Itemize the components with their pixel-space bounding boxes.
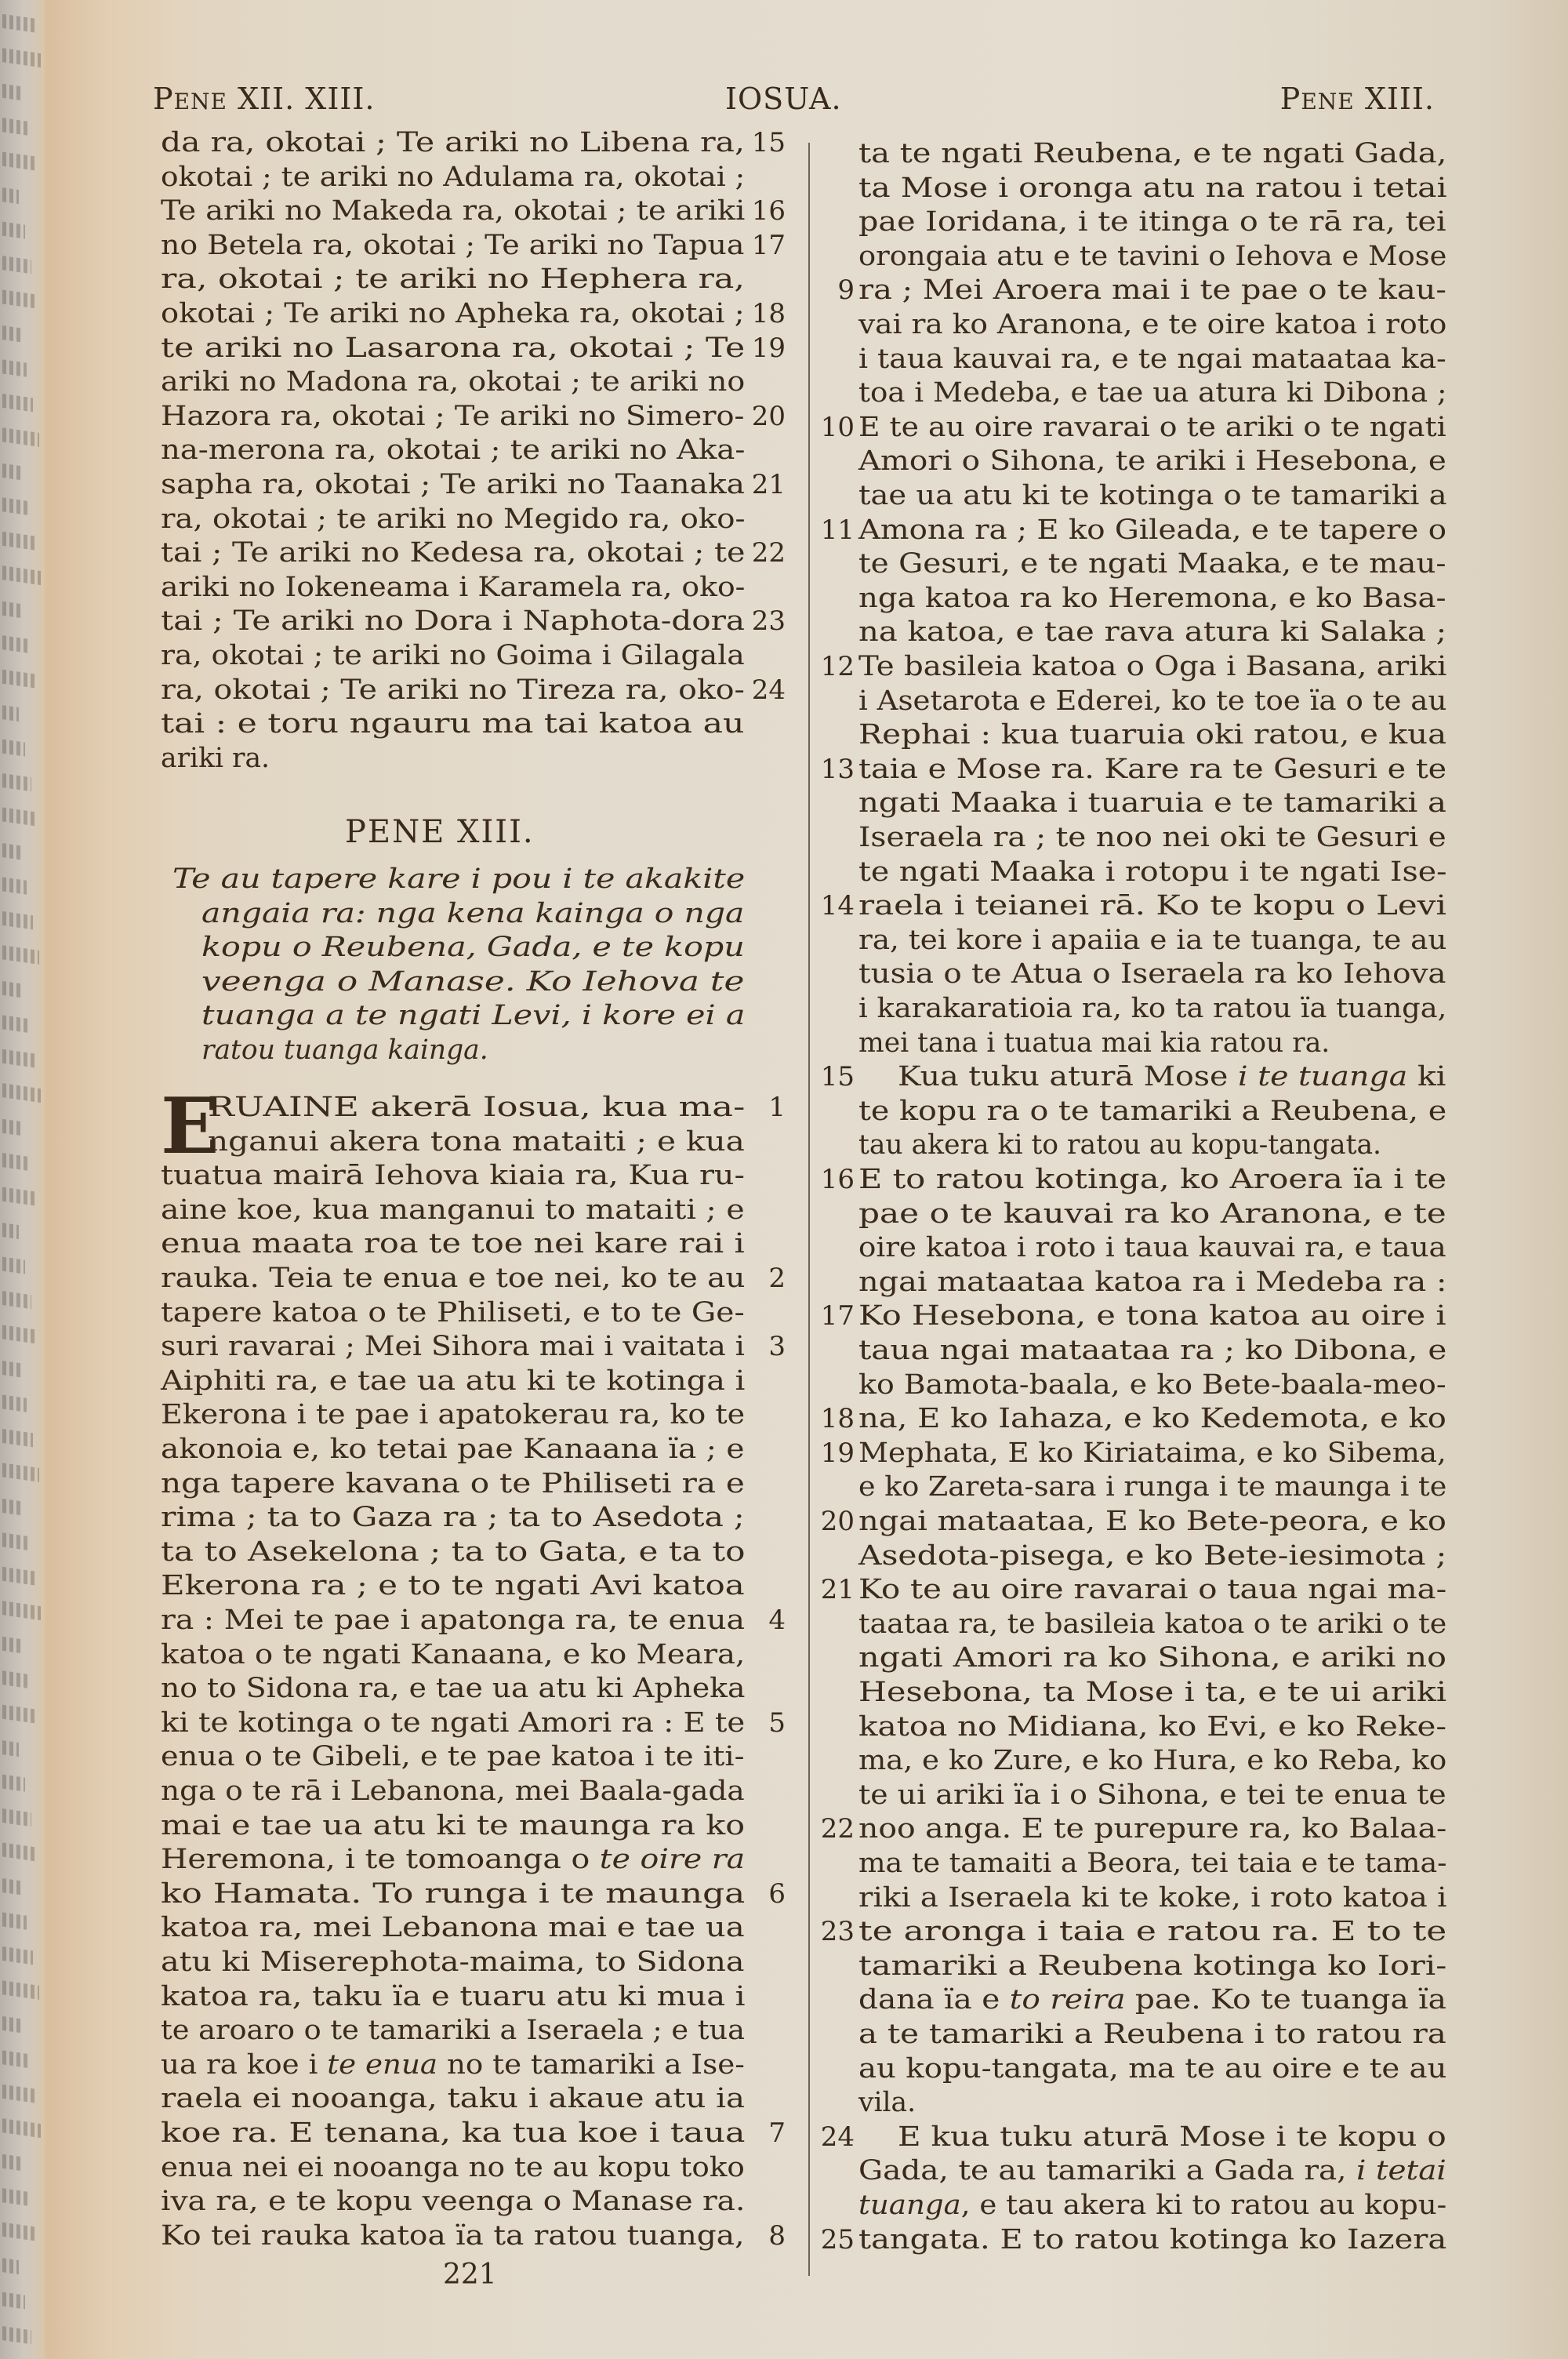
- facing-page-text-fragment: [0, 1703, 36, 1723]
- text-line: pae Ioridana, i te itinga o te rā ra, te…: [858, 206, 1446, 238]
- summary-line: veenga o Manase. Ko Iehova te: [201, 965, 744, 1000]
- text-line: na-merona ra, okotai ; te ariki no Aka-: [161, 434, 745, 466]
- summary-line: kopu o Reubena, Gada, e te kopu: [201, 931, 745, 965]
- running-head-left-initial: P: [153, 82, 174, 116]
- facing-page-text-fragment: [0, 1152, 30, 1171]
- facing-page-text-fragment: [0, 1946, 33, 1965]
- verse-number: 14: [821, 890, 855, 921]
- text-line: Te basileia katoa o Oga i Basana, ariki: [858, 651, 1446, 682]
- text-line: rauka. Teia te enua e toe nei, ko te au: [161, 1263, 745, 1294]
- text-line: nga o te rā i Lebanona, mei Baala-gada: [161, 1776, 745, 1807]
- text-line: noo anga. E te purepure ra, ko Balaa-: [858, 1813, 1446, 1845]
- text-line: Ekerona i te pae i apatokerau ra, ko te: [161, 1399, 745, 1430]
- facing-page-text-fragment: [0, 1186, 36, 1205]
- verse-number: 2: [768, 1263, 786, 1294]
- text-line: Rephai : kua tuaruia oki ratou, e kua: [858, 719, 1446, 751]
- text-line: ki te kotinga o te ngati Amori ra : E te: [161, 1707, 745, 1739]
- facing-page-text-fragment: [0, 1014, 28, 1033]
- text-line: ngati Maaka i tuaruia e te tamariki a: [858, 787, 1446, 819]
- text-line: Gada, te au tamariki a Gada ra, i tetai: [858, 2155, 1446, 2186]
- text-line: riki a Iseraela ki te koke, i roto katoa…: [858, 1882, 1446, 1914]
- facing-page-text-fragment: [0, 944, 39, 965]
- facing-page-text-fragment: [0, 187, 19, 204]
- facing-page-text-fragment: [0, 772, 31, 791]
- facing-page-text-fragment: [0, 2016, 22, 2034]
- facing-page-text-fragment: [0, 2117, 41, 2138]
- facing-page-text-fragment: [0, 463, 22, 481]
- facing-page-text-fragment: [0, 704, 19, 722]
- facing-page-text-fragment: [0, 1841, 38, 1862]
- verse-number: 18: [752, 298, 786, 329]
- text-line: okotai ; te ariki no Adulama ra, okotai …: [161, 162, 745, 193]
- text-line: te ui ariki ïa i o Sihona, e tei te enua…: [858, 1779, 1446, 1811]
- facing-page-text-fragment: [0, 530, 34, 550]
- text-line: tau akera ki to ratou au kopu-tangata.: [858, 1129, 1381, 1161]
- text-line: Kua tuku aturā Mose i te tuanga ki: [898, 1061, 1446, 1092]
- text-line: au kopu-tangata, ma te au oire e te au: [858, 2053, 1446, 2085]
- text-line: E kua tuku aturā Mose i te kopu o: [898, 2121, 1446, 2153]
- facing-page-text-fragment: [0, 2221, 36, 2241]
- verse-number: 24: [821, 2121, 855, 2153]
- text-line: tai ; Te ariki no Kedesa ra, okotai ; te: [161, 537, 746, 569]
- text-line: akonoia e, ko tetai pae Kanaana ïa ; e: [161, 1434, 745, 1465]
- text-line: ariki ra.: [161, 743, 270, 774]
- text-line: Asedota-pisega, e ko Bete-iesimota ;: [858, 1540, 1446, 1572]
- facing-page-text-fragment: [0, 565, 41, 585]
- facing-page-text-fragment: [0, 668, 36, 688]
- text-line: okotai ; Te ariki no Apheka ra, okotai ;: [161, 298, 745, 329]
- summary-line: angaia ra: nga kena kainga o nga: [201, 897, 744, 932]
- facing-page-text-fragment: [0, 2291, 25, 2309]
- text-line: ta te ngati Reubena, e te ngati Gada,: [858, 138, 1446, 169]
- text-line: da ra, okotai ; Te ariki no Libena ra,: [161, 127, 745, 158]
- chapter-heading: PENE XIII.: [345, 814, 535, 850]
- verse-number: 22: [821, 1813, 855, 1845]
- running-head-right-smallcaps: ENE: [1301, 89, 1354, 114]
- verse-number: 17: [821, 1300, 855, 1332]
- facing-page-text-fragment: [0, 1428, 33, 1448]
- text-line: tusia o te Atua o Iseraela ra ko Iehova: [858, 958, 1446, 990]
- text-line: katoa ra, mei Lebanona mai e tae ua: [161, 1912, 745, 1943]
- facing-page-text-fragment: [0, 2153, 24, 2171]
- facing-page-text-fragment: [0, 634, 30, 653]
- text-line: Amona ra ; E ko Gileada, e te tapere o: [858, 514, 1446, 546]
- text-line: ngati Amori ra ko Sihona, e ariki no: [858, 1642, 1446, 1674]
- facing-page-text-fragment: [0, 911, 33, 930]
- running-head-book-title: IOSUA.: [725, 82, 842, 116]
- text-line: nga katoa ra ko Heremona, e ko Basa-: [858, 583, 1446, 614]
- text-line: nganui akera tona mataiti ; e kua: [208, 1126, 745, 1158]
- text-line: ua ra koe i te enua no te tamariki a Ise…: [161, 2049, 745, 2081]
- facing-page-text-fragment: [0, 220, 25, 238]
- text-line: Ko te au oire ravarai o taua ngai ma-: [858, 1574, 1446, 1605]
- text-line: ma, e ko Zure, e ko Hura, e ko Reba, ko: [858, 1745, 1446, 1776]
- text-line: te aroaro o te tamariki a Iseraela ; e t…: [161, 2015, 745, 2046]
- facing-page-text-fragment: [0, 1877, 20, 1895]
- facing-page-text-fragment: [0, 1462, 39, 1482]
- text-line: a te tamariki a Reubena i to ratou ra: [858, 2019, 1446, 2050]
- text-line: ko Bamota-baala, e ko Bete-baala-meo-: [858, 1369, 1446, 1401]
- text-line: tapere katoa o te Philiseti, e to te Ge-: [161, 1297, 745, 1329]
- verse-number: 25: [821, 2224, 855, 2255]
- text-line: Ekerona ra ; e to te ngati Avi katoa: [161, 1570, 745, 1601]
- text-line: e ko Zareta-sara i runga i te maunga i t…: [858, 1471, 1446, 1503]
- facing-page-text-fragment: [0, 980, 22, 998]
- facing-page-text-fragment: [0, 358, 27, 377]
- verse-number: 16: [821, 1164, 855, 1195]
- facing-page-text-fragment: [0, 117, 30, 136]
- text-line: na, E ko Iahaza, e ko Kedemota, e ko: [858, 1403, 1446, 1434]
- text-line: ra ; Mei Aroera mai i te pae o te kau-: [858, 274, 1446, 306]
- text-line: ngai mataataa katoa ra i Medeba ra :: [858, 1267, 1446, 1298]
- text-line: sapha ra, okotai ; Te ariki no Taanaka: [161, 469, 745, 500]
- verse-number: 8: [768, 2220, 786, 2252]
- facing-page-text-fragment: [0, 1256, 25, 1274]
- text-line: aine koe, kua manganui to mataiti ; e: [161, 1194, 745, 1226]
- facing-page-text-fragment: [0, 1979, 39, 2000]
- text-line: enua maata roa te toe nei kare rai i: [161, 1228, 745, 1259]
- text-line: Ko Hesebona, e tona katoa au oire i: [858, 1300, 1446, 1332]
- facing-page-text-fragment: [0, 1498, 22, 1516]
- facing-page-text-fragment: [0, 738, 25, 756]
- text-line: ra, okotai ; te ariki no Megido ra, oko-: [161, 503, 746, 535]
- text-line: atu ki Miserephota-maima, to Sidona: [161, 1946, 744, 1978]
- text-line: taia e Mose ra. Kare ra te Gesuri e te: [858, 754, 1446, 785]
- text-line: katoa ra, taku ïa e tuaru atu ki mua i: [161, 1981, 746, 2012]
- text-line: ra, tei kore i apaiia e ia te tuanga, te…: [858, 925, 1446, 956]
- text-line: tamariki a Reubena kotinga ko Iori-: [858, 1950, 1446, 1982]
- text-line: ra : Mei te pae i apatonga ra, te enua: [161, 1605, 745, 1636]
- verse-number: 22: [752, 537, 786, 569]
- facing-page-text-fragment: [0, 82, 24, 100]
- text-line: dana ïa e to reira pae. Ko te tuanga ïa: [858, 1984, 1446, 2016]
- facing-page-text-fragment: [0, 2325, 31, 2344]
- text-line: ariki no Iokeneama i Karamela ra, oko-: [161, 572, 745, 603]
- text-line: Aiphiti ra, e tae ua atu ki te kotinga i: [161, 1365, 745, 1397]
- facing-page-text-fragment: [0, 325, 20, 342]
- text-line: ta to Asekelona ; ta to Gata, e ta to: [161, 1536, 746, 1568]
- verse-number: 15: [821, 1061, 855, 1092]
- text-line: taua ngai mataataa ra ; ko Dibona, e: [858, 1335, 1446, 1366]
- text-line: na katoa, e tae rava atura ki Salaka ;: [858, 616, 1446, 648]
- text-line: tuatua mairā Iehova kiaia ra, Kua ru-: [161, 1160, 745, 1191]
- facing-page-text-fragment: [0, 1394, 27, 1412]
- text-line: ra, okotai ; te ariki no Hephera ra,: [161, 264, 745, 295]
- verse-number: 15: [752, 127, 786, 158]
- text-line: no to Sidona ra, e tae ua atu ki Apheka: [161, 1673, 745, 1704]
- text-line: ngai mataataa, E ko Bete-peora, e ko: [858, 1506, 1446, 1537]
- text-line: ma te tamaiti a Beora, tei taia e te tam…: [858, 1848, 1446, 1879]
- text-line: no Betela ra, okotai ; Te ariki no Tapua: [161, 230, 744, 261]
- verse-number: 7: [768, 2117, 786, 2149]
- verse-number: 24: [752, 674, 786, 706]
- text-line: te ariki no Lasarona ra, okotai ; Te: [161, 333, 745, 364]
- text-line: katoa no Midiana, ko Evi, e ko Reke-: [858, 1711, 1446, 1743]
- verse-number: 21: [821, 1574, 855, 1605]
- summary-line: tuanga a te ngati Levi, i kore ei a: [201, 999, 745, 1034]
- verse-number: 12: [821, 651, 855, 682]
- running-head-right-initial: P: [1280, 82, 1301, 116]
- column-divider: [808, 143, 810, 2276]
- running-head-right: PENE XIII.: [1280, 82, 1435, 116]
- facing-page-text-fragment: [0, 151, 36, 170]
- text-line: katoa o te ngati Kanaana, e ko Meara,: [161, 1639, 745, 1670]
- text-line: tuanga, e tau akera ki to ratou au kopu-: [858, 2190, 1446, 2221]
- facing-page-text-fragment: [0, 427, 39, 447]
- text-line: i Asetarota e Ederei, ko te toe ïa o te …: [858, 685, 1446, 717]
- text-line: mei tana i tuatua mai kia ratou ra.: [858, 1027, 1330, 1059]
- facing-page-text-fragment: [0, 2083, 34, 2103]
- verse-number: 1: [768, 1092, 786, 1123]
- text-line: tae ua atu ki te kotinga o te tamariki a: [858, 480, 1447, 511]
- facing-page-text-fragment: [0, 600, 24, 618]
- text-line: Hesebona, ta Mose i ta, e te ui ariki: [858, 1677, 1446, 1708]
- facing-page-text-fragment: [0, 1600, 41, 1620]
- facing-page-text-fragment: [0, 842, 20, 860]
- text-line: i taua kauvai ra, e te ngai mataataa ka-: [858, 343, 1446, 375]
- verse-number: 23: [752, 605, 786, 637]
- verse-number: 16: [752, 195, 786, 227]
- text-line: te aronga i taia e ratou ra. E to te: [858, 1916, 1446, 1947]
- text-line: Ko tei rauka katoa ïa ta ratou tuanga,: [161, 2220, 745, 2252]
- running-head-left-smallcaps: ENE: [174, 89, 227, 114]
- verse-number: 20: [821, 1506, 855, 1537]
- text-line: te kopu ra o te tamariki a Reubena, e: [858, 1096, 1446, 1127]
- facing-page-text-fragment: [0, 255, 31, 274]
- facing-page-text-fragment: [0, 806, 38, 827]
- verse-number: 9: [837, 274, 855, 306]
- facing-page-text-fragment: [0, 496, 28, 515]
- text-line: pae o te kauvai ra ko Aranona, e te: [858, 1198, 1446, 1230]
- page-number: 221: [443, 2259, 497, 2291]
- verse-number: 6: [768, 1878, 786, 1910]
- text-line: enua nei ei nooanga no te au kopu toko: [161, 2152, 745, 2183]
- facing-page-text-fragment: [0, 1565, 34, 1585]
- running-head-left: PENE XII. XIII.: [153, 82, 375, 116]
- facing-page-text-fragment: [0, 47, 41, 67]
- verse-number: 21: [752, 469, 786, 500]
- running-head-left-chapters: XII. XIII.: [227, 82, 375, 116]
- text-line: toa i Medeba, e tae ua atura ki Dibona ;: [858, 377, 1447, 409]
- text-line: E te au oire ravarai o te ariki o te nga…: [858, 412, 1446, 443]
- text-line: enua o te Gibeli, e te pae katoa i te it…: [161, 1741, 745, 1772]
- text-line: ra, okotai ; te ariki no Goima i Gilagal…: [161, 640, 745, 671]
- text-line: oire katoa i roto i taua kauvai ra, e ta…: [858, 1232, 1446, 1263]
- facing-page-text-fragment: [0, 1222, 19, 1239]
- facing-page-text-fragment: [0, 1360, 20, 1377]
- facing-page-text-fragment: [0, 13, 34, 32]
- text-line: i karakaratioia ra, ko ta ratou ïa tuang…: [858, 993, 1446, 1024]
- facing-page-text-fragment: [0, 1911, 27, 1930]
- running-head-right-chapter: XIII.: [1355, 82, 1435, 116]
- text-line: Hazora ra, okotai ; Te ariki no Simero-: [161, 401, 744, 432]
- text-line: rima ; ta to Gaza ra ; ta to Asedota ;: [161, 1502, 745, 1533]
- facing-page-text-fragment: [0, 1739, 19, 1757]
- verse-number: 11: [821, 514, 855, 546]
- summary-line: Te au tapere kare i pou i te akakite: [172, 863, 745, 897]
- text-line: ko Hamata. To runga i te maunga: [161, 1878, 745, 1910]
- verse-number: 20: [752, 401, 786, 432]
- verse-number: 19: [752, 333, 786, 364]
- text-line: Mephata, E ko Kiriataima, e ko Sibema,: [858, 1438, 1446, 1469]
- verse-number: 10: [821, 412, 855, 443]
- verse-number: 18: [821, 1403, 855, 1434]
- text-line: raela ei nooanga, taku i akaue atu ia: [161, 2083, 745, 2114]
- text-line: iva ra, e te kopu veenga o Manase ra.: [161, 2186, 745, 2217]
- text-line: vila.: [858, 2087, 916, 2118]
- facing-page-edge: [0, 0, 47, 2359]
- facing-page-text-fragment: [0, 393, 33, 413]
- facing-page-text-fragment: [0, 876, 27, 895]
- facing-page-text-fragment: [0, 2049, 28, 2068]
- text-line: raela i teianei rā. Ko te kopu o Levi: [858, 890, 1446, 921]
- text-line: Te ariki no Makeda ra, okotai ; te ariki: [161, 195, 745, 227]
- verse-number: 19: [821, 1438, 855, 1469]
- text-line: koe ra. E tenana, ka tua koe i taua: [161, 2117, 745, 2149]
- facing-page-text-fragment: [0, 2257, 19, 2274]
- text-line: orongaia atu e te tavini o Iehova e Mose: [858, 241, 1446, 272]
- facing-page-text-fragment: [0, 1118, 24, 1136]
- text-line: ra, okotai ; Te ariki no Tireza ra, oko-: [161, 674, 745, 706]
- text-line: E to ratou kotinga, ko Aroera ïa i te: [858, 1164, 1446, 1195]
- verse-number: 17: [752, 230, 786, 261]
- verse-number: 5: [768, 1707, 786, 1739]
- text-line: nga tapere kavana o te Philiseti ra e: [161, 1468, 745, 1499]
- verse-number: 4: [768, 1605, 786, 1636]
- facing-page-text-fragment: [0, 1773, 25, 1791]
- facing-page-text-fragment: [0, 2187, 30, 2206]
- text-line: te Gesuri, e te ngati Maaka, e te mau-: [858, 548, 1446, 580]
- text-line: te ngati Maaka i rotopu i te ngati Ise-: [858, 856, 1447, 888]
- text-line: Amori o Sihona, te ariki i Hesebona, e: [858, 445, 1446, 477]
- text-line: Heremona, i te tomoanga o te oire ra: [161, 1844, 745, 1875]
- text-line: tai ; Te ariki no Dora i Naphota-dora: [161, 605, 745, 637]
- verse-number: 3: [768, 1331, 786, 1362]
- text-line: tai : e toru ngauru ma tai katoa au: [161, 708, 745, 740]
- text-line: ariki no Madona ra, okotai ; te ariki no: [161, 366, 745, 398]
- facing-page-text-fragment: [0, 1532, 28, 1550]
- verse-number: 13: [821, 754, 855, 785]
- text-line: vai ra ko Aranona, e te oire katoa i rot…: [858, 309, 1446, 340]
- text-line: taataa ra, te basileia katoa o te ariki …: [858, 1608, 1446, 1640]
- text-line: mai e tae ua atu ki te maunga ra ko: [161, 1810, 745, 1841]
- facing-page-text-fragment: [0, 1808, 31, 1826]
- facing-page-text-fragment: [0, 1324, 38, 1344]
- facing-page-text-fragment: [0, 1670, 30, 1688]
- facing-page-text-fragment: [0, 1290, 31, 1309]
- facing-page-text-fragment: [0, 1082, 41, 1103]
- text-line: Iseraela ra ; te noo nei oki te Gesuri e: [858, 822, 1446, 853]
- verse-number: 23: [821, 1916, 855, 1947]
- text-line: suri ravarai ; Mei Sihora mai i vaitata …: [161, 1331, 745, 1362]
- text-line: RUAINE akerā Iosua, kua ma-: [208, 1092, 745, 1123]
- text-line: tangata. E to ratou kotinga ko Iazera: [858, 2224, 1446, 2255]
- summary-line: ratou tuanga kainga.: [201, 1034, 488, 1068]
- facing-page-text-fragment: [0, 1635, 24, 1653]
- text-line: ta Mose i oronga atu na ratou i tetai: [858, 173, 1447, 204]
- facing-page-text-fragment: [0, 1048, 34, 1067]
- facing-page-text-fragment: [0, 289, 38, 309]
